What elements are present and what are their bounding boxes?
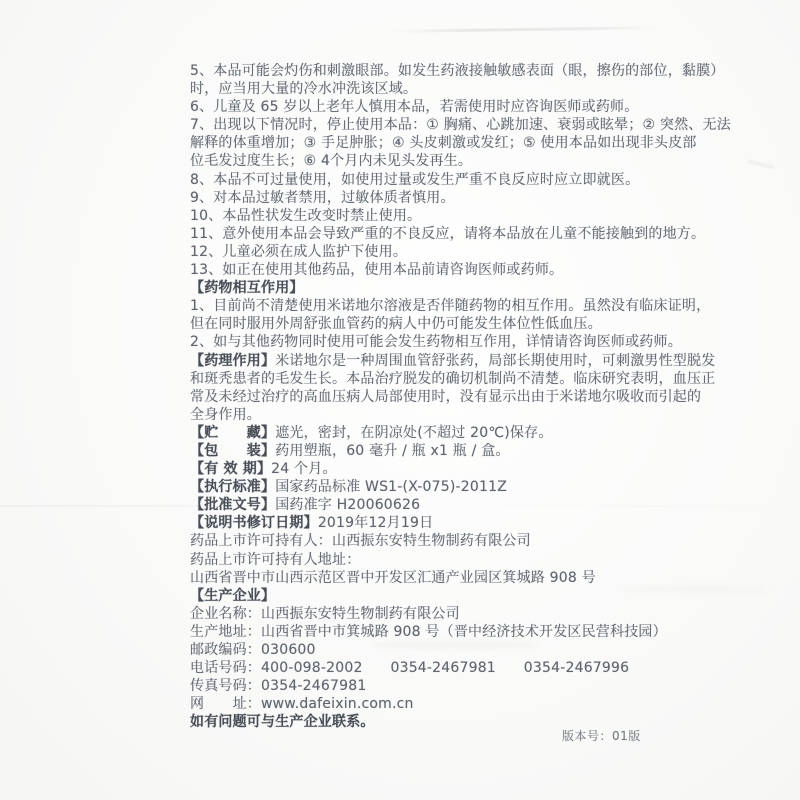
text-segment: 国药准字 H20060626: [275, 497, 420, 513]
section-header: 【包 装】: [190, 443, 275, 459]
text-segment: 1、目前尚不清楚使用米诺地尔溶液是否伴随药物的相互作用。虽然没有临床证明，: [190, 298, 710, 314]
text-segment: 遮光，密封，在阴凉处(不超过 20℃)保存。: [275, 425, 552, 441]
text-line: 解释的体重增加；③ 手足肿胀；④ 头皮刺激或发红；⑤ 使用本品如出现非头皮部: [190, 134, 792, 152]
text-segment: 24 个月。: [271, 461, 336, 477]
text-segment: 但在同时服用外周舒张血管药的病人中仍可能发生体位性低血压。: [190, 316, 602, 332]
text-line: 【有 效 期】24 个月。: [190, 460, 792, 478]
text-line: 山西省晋中市山西示范区晋中开发区汇通产业园区箕城路 908 号: [190, 569, 792, 587]
section-header: 【有 效 期】: [190, 461, 271, 477]
text-line: 9、对本品过敏者禁用，过敏体质者慎用。: [190, 189, 792, 207]
text-line: 1、目前尚不清楚使用米诺地尔溶液是否伴随药物的相互作用。虽然没有临床证明，: [190, 297, 792, 315]
text-line: 【说明书修订日期】2019年12月19日: [190, 514, 792, 532]
text-line: 药品上市许可持有人：山西振东安特生物制药有限公司: [190, 532, 792, 550]
text-line: 全身作用。: [190, 406, 792, 424]
text-line: 但在同时服用外周舒张血管药的病人中仍可能发生体位性低血压。: [190, 315, 792, 333]
text-segment: 12、儿童必须在成人监护下使用。: [190, 244, 407, 260]
text-line: 5、本品可能会灼伤和刺激眼部。如发生药液接触敏感表面（眼，擦伤的部位，黏膜）: [190, 62, 792, 80]
text-line: 【贮 藏】遮光，密封，在阴凉处(不超过 20℃)保存。: [190, 424, 792, 442]
text-segment: 米诺地尔是一种周围血管舒张药，局部长期使用时，可刺激男性型脱发: [275, 353, 715, 369]
text-segment: 全身作用。: [190, 407, 261, 423]
text-line: 【执行标准】国家药品标准 WS1-(X-075)-2011Z: [190, 478, 792, 496]
text-segment: 5、本品可能会灼伤和刺激眼部。如发生药液接触敏感表面（眼，擦伤的部位，黏膜）: [190, 63, 725, 79]
text-line: 【批准文号】国药准字 H20060626: [190, 496, 792, 514]
text-line: 11、意外使用本品会导致严重的不良反应，请将本品放在儿童不能接触到的地方。: [190, 225, 792, 243]
text-line: 8、本品不可过量使用，如使用过量或发生严重不良反应时应立即就医。: [190, 171, 792, 189]
text-line: 邮政编码：030600: [190, 641, 792, 659]
section-header: 【贮 藏】: [190, 425, 275, 441]
text-line: 【药物相互作用】: [190, 279, 792, 297]
text-segment: 2、如与其他药物同时使用可能会发生药物相互作用，详情请咨询医师或药师。: [190, 334, 682, 350]
text-segment: 国家药品标准 WS1-(X-075)-2011Z: [275, 479, 507, 495]
text-segment: 药品上市许可持有人：山西振东安特生物制药有限公司: [190, 533, 531, 549]
text-segment: 药用塑瓶，60 毫升 / 瓶 x1 瓶 / 盒。: [275, 443, 509, 459]
text-segment: 药品上市许可持有人地址：: [190, 552, 360, 568]
text-segment: 11、意外使用本品会导致严重的不良反应，请将本品放在儿童不能接触到的地方。: [190, 226, 705, 242]
text-segment: 常及未经过治疗的高血压病人局部使用时，没有显示出由于米诺地尔吸收而引起的: [190, 389, 701, 405]
section-header: 如有问题可与生产企业联系。: [190, 714, 375, 730]
section-header: 【药物相互作用】: [190, 280, 304, 296]
text-line: 传真号码：0354-2467981: [190, 677, 792, 695]
text-segment: 6、儿童及 65 岁以上老年人慎用本品，若需使用时应咨询医师或药师。: [190, 99, 638, 115]
text-segment: 10、本品性状发生改变时禁止使用。: [190, 208, 421, 224]
section-header: 【说明书修订日期】: [190, 515, 318, 531]
text-segment: 2019年12月19日: [318, 515, 433, 531]
section-header: 【药理作用】: [190, 353, 275, 369]
text-segment: 7、出现以下情况时，停止使用本品：① 胸痛、心跳加速、衰弱或眩晕；② 突然、无法: [190, 117, 731, 133]
text-segment: 解释的体重增加；③ 手足肿胀；④ 头皮刺激或发红；⑤ 使用本品如出现非头皮部: [190, 135, 697, 151]
section-header: 【执行标准】: [190, 479, 275, 495]
text-line: 如有问题可与生产企业联系。: [190, 713, 792, 731]
text-line: 【包 装】药用塑瓶，60 毫升 / 瓶 x1 瓶 / 盒。: [190, 442, 792, 460]
text-segment: 电话号码：400-098-2002 0354-2467981 0354-2467…: [190, 660, 629, 676]
text-line: 13、如正在使用其他药品，使用本品前请咨询医师或药师。: [190, 261, 792, 279]
text-segment: 传真号码：0354-2467981: [190, 678, 366, 694]
text-line: 网 址：www.dafeixin.com.cn: [190, 695, 792, 713]
text-segment: 生产地址：山西省晋中市箕城路 908 号（晋中经济技术开发区民营科技园）: [190, 624, 667, 640]
text-segment: 时，应当用大量的冷水冲洗该区域。: [190, 81, 417, 97]
text-line: 企业名称：山西振东安特生物制药有限公司: [190, 605, 792, 623]
text-line: 2、如与其他药物同时使用可能会发生药物相互作用，详情请咨询医师或药师。: [190, 333, 792, 351]
text-line: 【生产企业】: [190, 587, 792, 605]
text-segment: 13、如正在使用其他药品，使用本品前请咨询医师或药师。: [190, 262, 563, 278]
text-segment: 网 址：www.dafeixin.com.cn: [190, 696, 414, 712]
text-segment: 邮政编码：030600: [190, 642, 316, 658]
text-segment: 位毛发过度生长；⑥ 4个月内未见头发再生。: [190, 153, 472, 169]
text-line: 6、儿童及 65 岁以上老年人慎用本品，若需使用时应咨询医师或药师。: [190, 98, 792, 116]
document-body: 5、本品可能会灼伤和刺激眼部。如发生药液接触敏感表面（眼，擦伤的部位，黏膜）时，…: [190, 62, 792, 731]
text-line: 7、出现以下情况时，停止使用本品：① 胸痛、心跳加速、衰弱或眩晕；② 突然、无法: [190, 116, 792, 134]
text-line: 10、本品性状发生改变时禁止使用。: [190, 207, 792, 225]
text-line: 生产地址：山西省晋中市箕城路 908 号（晋中经济技术开发区民营科技园）: [190, 623, 792, 641]
section-header: 【批准文号】: [190, 497, 275, 513]
text-line: 12、儿童必须在成人监护下使用。: [190, 243, 792, 261]
text-segment: 9、对本品过敏者禁用，过敏体质者慎用。: [190, 190, 455, 206]
version-number: 版本号：01版: [562, 727, 641, 744]
text-segment: 企业名称：山西振东安特生物制药有限公司: [190, 606, 460, 622]
text-segment: 和斑秃患者的毛发生长。本品治疗脱发的确切机制尚不清楚。临床研究表明，血压正: [190, 371, 715, 387]
text-line: 时，应当用大量的冷水冲洗该区域。: [190, 80, 792, 98]
section-header: 【生产企业】: [190, 588, 275, 604]
text-line: 位毛发过度生长；⑥ 4个月内未见头发再生。: [190, 152, 792, 170]
text-segment: 8、本品不可过量使用，如使用过量或发生严重不良反应时应立即就医。: [190, 172, 639, 188]
text-line: 和斑秃患者的毛发生长。本品治疗脱发的确切机制尚不清楚。临床研究表明，血压正: [190, 370, 792, 388]
text-line: 常及未经过治疗的高血压病人局部使用时，没有显示出由于米诺地尔吸收而引起的: [190, 388, 792, 406]
text-segment: 山西省晋中市山西示范区晋中开发区汇通产业园区箕城路 908 号: [190, 570, 596, 586]
text-line: 电话号码：400-098-2002 0354-2467981 0354-2467…: [190, 659, 792, 677]
text-line: 【药理作用】米诺地尔是一种周围血管舒张药，局部长期使用时，可刺激男性型脱发: [190, 352, 792, 370]
text-line: 药品上市许可持有人地址：: [190, 551, 792, 569]
